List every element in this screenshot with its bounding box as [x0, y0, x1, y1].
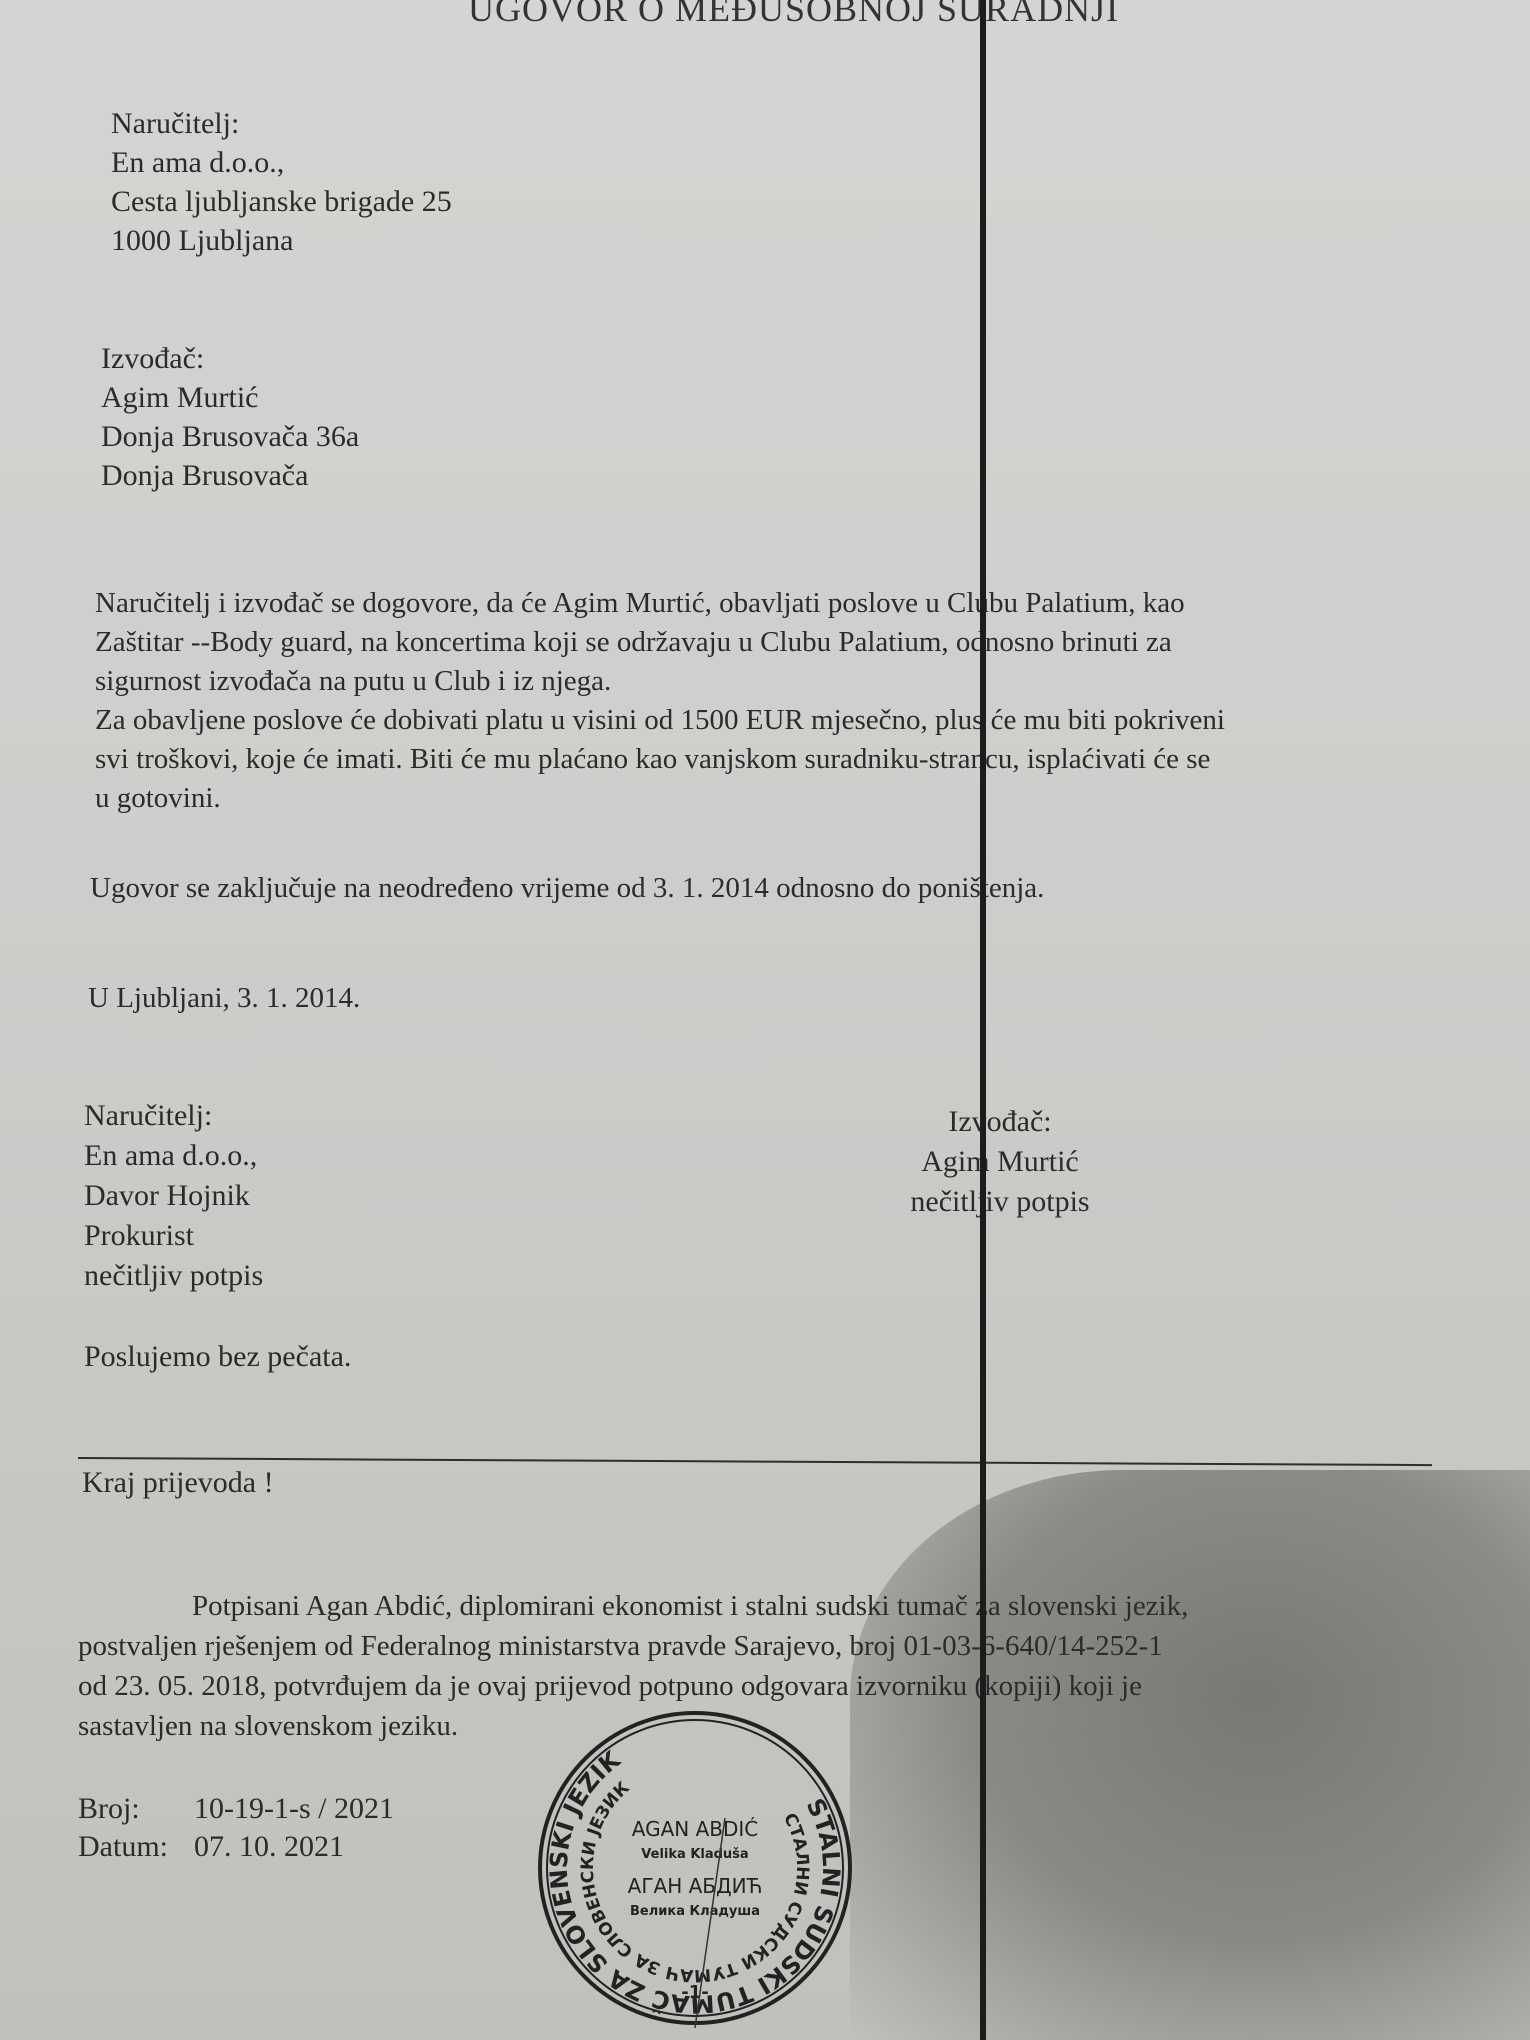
no-seal-note: Poslujemo bez pečata.	[84, 1342, 351, 1372]
document-title: UGOVOR O MEĐUSOBNOJ SURADNJI	[468, 0, 1119, 30]
translator-stamp: STALNI SUDSKI TUMAČ ZA SLOVENSKI JEZIK С…	[535, 1708, 855, 2028]
end-of-translation: Kraj prijevoda !	[82, 1468, 274, 1498]
contractor-street: Donja Brusovača 36a	[101, 417, 359, 456]
sig-contractor-name: Agim Murtić	[880, 1142, 1120, 1182]
client-address-block: Naručitelj: En ama d.o.o., Cesta ljublja…	[111, 104, 452, 260]
client-city: 1000 Ljubljana	[111, 221, 452, 260]
body-line: Zaštitar --Body guard, na koncertima koj…	[95, 627, 1225, 666]
contract-body-paragraph: Naručitelj i izvođač se dogovore, da će …	[95, 588, 1225, 822]
contractor-name: Agim Murtić	[101, 378, 359, 417]
sig-client-role: Prokurist	[84, 1216, 263, 1256]
body-line: sigurnost izvođača na putu u Club i iz n…	[95, 666, 1225, 705]
stamp-city-cyrillic: Велика Кладуша	[630, 1904, 760, 1919]
sig-client-person: Davor Hojnik	[84, 1176, 263, 1216]
client-street: Cesta ljubljanske brigade 25	[111, 182, 452, 221]
cert-line: Potpisani Agan Abdić, diplomirani ekonom…	[78, 1586, 1188, 1626]
stamp-number: -1-	[681, 1982, 708, 2003]
client-signature-block: Naručitelj: En ama d.o.o., Davor Hojnik …	[84, 1096, 263, 1296]
scanned-document-page: UGOVOR O MEĐUSOBNOJ SURADNJI Naručitelj:…	[0, 0, 1530, 2040]
cert-line: postvaljen rješenjem od Federalnog minis…	[78, 1626, 1188, 1666]
number-label: Broj:	[78, 1790, 194, 1828]
stamp-name-latin: AGAN ABDIĆ	[632, 1817, 759, 1841]
contractor-label: Izvođač:	[101, 339, 359, 378]
stamp-name-cyrillic: АГАН АБДИЋ	[628, 1874, 763, 1898]
divider-line	[78, 1457, 1432, 1466]
number-value: 10-19-1-s / 2021	[194, 1792, 394, 1825]
client-label: Naručitelj:	[111, 104, 452, 143]
sig-client-signature: nečitljiv potpis	[84, 1256, 263, 1296]
body-line: svi troškovi, koje će imati. Biti će mu …	[95, 744, 1225, 783]
place-and-date: U Ljubljani, 3. 1. 2014.	[88, 983, 360, 1013]
date-value: 07. 10. 2021	[194, 1830, 344, 1863]
body-line: Naručitelj i izvođač se dogovore, da će …	[95, 588, 1225, 627]
client-company: En ama d.o.o.,	[111, 143, 452, 182]
contractor-signature-block: Izvođač: Agim Murtić nečitljiv potpis	[880, 1102, 1120, 1222]
date-label: Datum:	[78, 1828, 194, 1866]
contract-term-sentence: Ugovor se zaključuje na neodređeno vrije…	[90, 873, 1044, 903]
reference-block: Broj:10-19-1-s / 2021 Datum:07. 10. 2021	[78, 1790, 394, 1866]
sig-contractor-signature: nečitljiv potpis	[880, 1182, 1120, 1222]
page-fold-line	[980, 0, 986, 2040]
contractor-city: Donja Brusovača	[101, 456, 359, 495]
sig-client-company: En ama d.o.o.,	[84, 1136, 263, 1176]
contractor-address-block: Izvođač: Agim Murtić Donja Brusovača 36a…	[101, 339, 359, 495]
photo-shadow	[850, 1470, 1530, 2040]
sig-client-label: Naručitelj:	[84, 1096, 263, 1136]
sig-contractor-label: Izvođač:	[880, 1102, 1120, 1142]
cert-line: od 23. 05. 2018, potvrđujem da je ovaj p…	[78, 1666, 1188, 1706]
body-line: Za obavljene poslove će dobivati platu u…	[95, 705, 1225, 744]
body-line: u gotovini.	[95, 783, 1225, 822]
stamp-city-latin: Velika Kladuša	[641, 1847, 748, 1862]
